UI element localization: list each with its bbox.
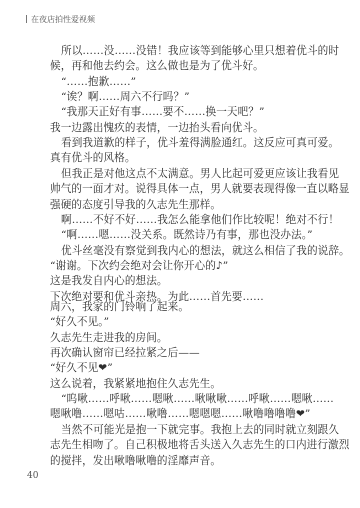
paragraph-line: 当然不可能光是抱一下就完事。我抱上去的同时就立刻跟久 (61, 424, 311, 437)
paragraph-line: 看到我道歉的样子，优斗羞得满脸通红。这反应可真可爱。 (61, 137, 311, 150)
header-bar-divider (26, 15, 27, 23)
paragraph-line: 优斗丝毫没有察觉到我内心的想法，就这么相信了我的说辞。 (61, 245, 311, 258)
paragraph-line: 我一边露出愧疚的表情，一边抬头看向优斗。 (50, 122, 300, 135)
paragraph-line: “好久不见。” (50, 316, 300, 329)
paragraph-line: 久志先生走进我的房间。 (50, 332, 300, 345)
paragraph-line: 啊……不好不好……我怎么能拿他们作比较呢！绝对不行！ (61, 214, 311, 227)
paragraph-line: 强硬的态度引导我的久志先生那样。 (50, 199, 300, 212)
paragraph-line: 再次确认窗帘已经拉紧之后—— (50, 347, 300, 360)
paragraph-line: 志先生相吻了。自己积极地将舌头送入久志先生的口内进行激烈 (50, 439, 300, 452)
paragraph-line: 所以……没……没错！我应该等到能够心里只想着优斗的时 (61, 45, 311, 58)
paragraph-line: 候，再和他去约会。这么做也是为了优斗好。 (50, 60, 300, 73)
paragraph-line: “……抱歉……” (61, 76, 311, 89)
running-title: 在夜店拍性爱视频 (31, 15, 95, 24)
paragraph-line: 这么说着，我紧紧地抱住久志先生。 (50, 378, 300, 391)
paragraph-line: 但我正是对他这点不太满意。男人比起可爱更应该让我看见 (61, 168, 311, 181)
running-header: 在夜店拍性爱视频 (26, 14, 95, 25)
paragraph-line: “啊……嗯……没关系。既然诗乃有事，那也没办法。” (61, 229, 311, 242)
paragraph-line: 周六，我家的门铃响了起来。 (50, 301, 300, 314)
paragraph-line: “呜啾……呼啾……嗯啾……啾啾啾……呼啾……嗯啾…… (61, 393, 311, 406)
page-number: 40 (27, 471, 38, 481)
paragraph-line: “谢谢。下次约会绝对会让你开心的♪” (50, 260, 300, 273)
paragraph-line: 帅气的一面才对。说得具体一点，男人就要表现得像一直以略显 (50, 183, 300, 196)
paragraph-line: “诶？啊……周六不行吗？” (61, 91, 311, 104)
paragraph-line: “好久不见❤” (50, 362, 300, 375)
paragraph-line: 这是我发自内心的想法。 (50, 275, 300, 288)
paragraph-line: 的搅拌，发出啾噜啾噜的淫靡声音。 (50, 455, 300, 468)
paragraph-line: “我那天正好有事……要不……换一天吧？” (61, 106, 311, 119)
paragraph-line: 嗯啾噜……嗯咕……啾噜……嗯嗯嗯……啾噜噜噜噜❤” (50, 408, 300, 421)
paragraph-line: 真有优斗的风格。 (50, 152, 300, 165)
